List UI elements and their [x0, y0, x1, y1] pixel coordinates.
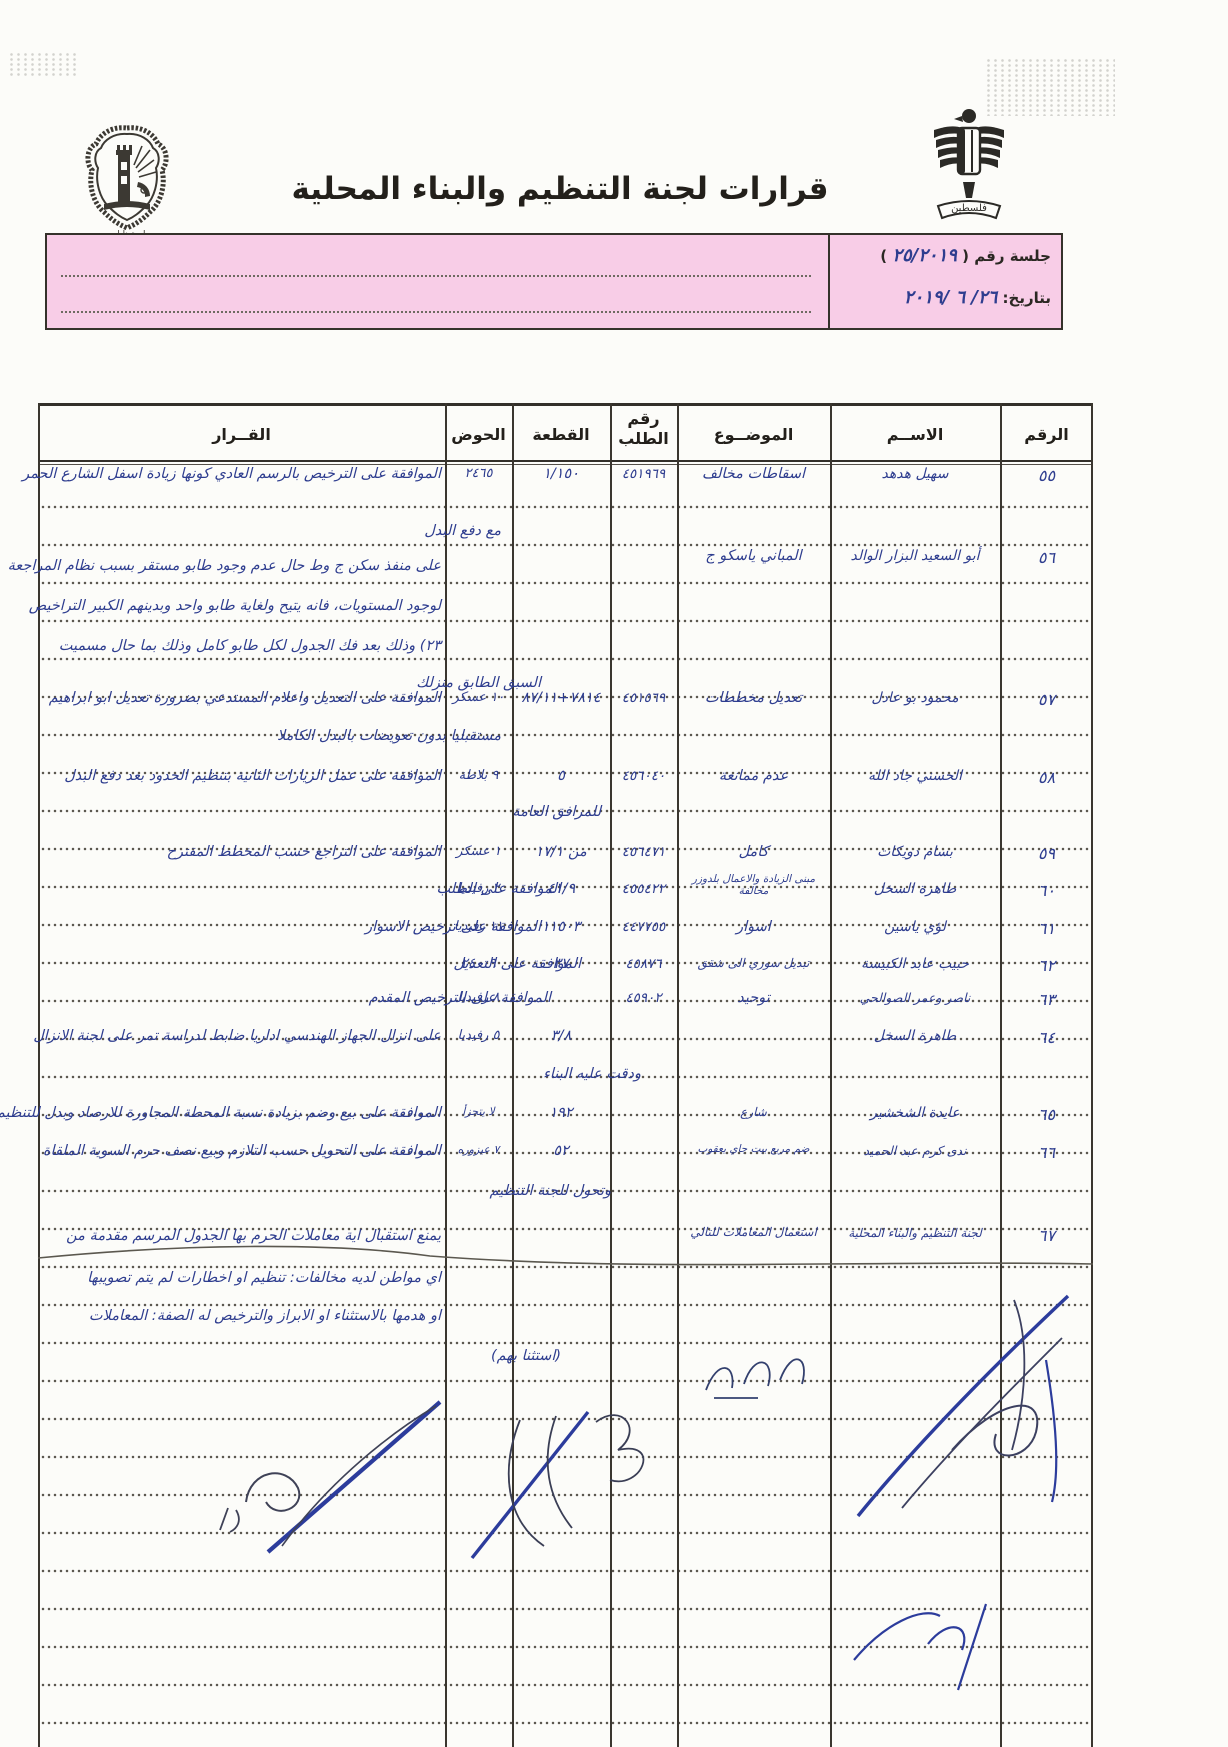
- row-decision-line: الموافقة على التحويل حسب التلازم وبيع نص…: [44, 1143, 441, 1160]
- scan-noise: [8, 52, 78, 78]
- row-request-no: ٤٥١٩٦٩: [612, 466, 675, 482]
- row-decision-line: ودقت عليه البناء: [44, 1066, 641, 1083]
- blank-dotted-line: [61, 311, 811, 313]
- row-basin: لا يتجزأ: [447, 1105, 510, 1118]
- row-number: ٥٨: [1002, 768, 1091, 787]
- municipality-logo: بلدية نابلس: [84, 124, 170, 240]
- row-name: طاهرة السخل: [832, 881, 998, 898]
- row-decision-line: الموافقة على الترخيص المقدم: [44, 990, 551, 1007]
- row-name: سهيل هدهد: [832, 466, 998, 483]
- session-number-value: ٢٥/٢٠١٩: [892, 245, 957, 266]
- hand-drawn-closing-line: [38, 1246, 1093, 1264]
- blank-dotted-line: [61, 275, 811, 277]
- header-separator: [38, 460, 1093, 462]
- header-separator-thin: [38, 464, 1093, 465]
- row-decision-line: وتحول للجنة التنظيم: [44, 1183, 611, 1200]
- session-number-line: جلسة رقم ( ٢٥/٢٠١٩ ): [880, 245, 1051, 266]
- municipality-logo-graphic: [84, 124, 170, 240]
- header-number: الرقم: [1002, 425, 1091, 445]
- header-name: الاســم: [832, 425, 998, 445]
- signature-left: [220, 1402, 440, 1552]
- header-subject: الموضــوع: [679, 425, 828, 445]
- row-decision-line: لوجود المستويات، فانه يتيح ولغاية طابو و…: [44, 598, 441, 615]
- row-name: الحسني جاد الله: [832, 768, 998, 785]
- row-number: ٥٥: [1002, 466, 1091, 485]
- session-number-label: جلسة رقم (: [962, 247, 1051, 265]
- header-basin: الحوض: [447, 425, 510, 445]
- row-decision-line: الموافقة على بيع وضم بزيادة نسبة المحطة …: [44, 1105, 441, 1122]
- row-request-no: ٤٥٦٠٤٠: [612, 768, 675, 784]
- row-number: ٦١: [1002, 919, 1091, 938]
- row-number: ٦٢: [1002, 956, 1091, 975]
- row-subject: عدم ممانعة: [679, 768, 828, 785]
- row-decision-line: الموافقة على التعديل واعلام المستدعي بضر…: [44, 690, 441, 707]
- row-decision-line: مع دفع البدل: [44, 523, 501, 540]
- session-date-value: ٢٦/ ٦ /٢٠١٩: [904, 287, 997, 308]
- signature-right: [858, 1296, 1068, 1516]
- header-plot: القطعة: [514, 425, 608, 445]
- row-basin: ١ عسكر: [447, 844, 510, 860]
- scanned-document-page: بلدية نابلس قرارات لجنة التنظيم والبناء …: [0, 0, 1228, 1747]
- row-name: لؤي ياسين: [832, 919, 998, 936]
- signatures-area: [0, 1240, 1228, 1747]
- row-basin: ٩ بلاطة: [447, 768, 510, 784]
- row-name: محمود بو عادل: [832, 690, 998, 707]
- row-plot: ٧٨١٤+٨٧/١١: [514, 690, 608, 707]
- row-subject: ضم مربع بيت جاي يعقوب: [679, 1143, 828, 1155]
- row-request-no: ٤٤٧٧٥٥: [612, 919, 675, 935]
- row-number: ٦٤: [1002, 1028, 1091, 1047]
- row-request-no: ٤٥١٥٦٩: [612, 690, 675, 706]
- row-decision-line: على انزال الجهاز الهندسي اداريا ضابط لدر…: [44, 1028, 441, 1045]
- row-subject: كامل: [679, 844, 828, 861]
- row-plot: ١٩٢: [514, 1105, 608, 1122]
- session-number-close: ): [880, 247, 887, 265]
- row-basin: ٥ رفيديا: [447, 1028, 510, 1044]
- row-number: ٥٧: [1002, 690, 1091, 709]
- row-request-no: ٤٥٩٠٢: [612, 990, 675, 1006]
- session-date-line: بتاريخ: ٢٦/ ٦ /٢٠١٩: [904, 287, 1051, 308]
- row-name: ندى كرم عبد الحميد: [832, 1143, 998, 1158]
- row-plot: ٥٢: [514, 1143, 608, 1160]
- row-decision-line: الموافقة على عمل الزيارات الثانية بتنظيم…: [44, 768, 441, 785]
- row-name: أبو السعيد البزار الوالد: [832, 548, 998, 565]
- row-subject: تبديل سوري الى شقق: [679, 956, 828, 970]
- row-basin: ٧ عيزوره: [447, 1143, 510, 1156]
- row-decision-line: مستقبليا بدون تعويضات بالبدل الكاملا: [44, 728, 501, 745]
- header-request-no: رقم الطلب: [612, 409, 675, 449]
- row-subject: تعديل مخططات: [679, 690, 828, 707]
- eagle-banner-text: فلسطين: [951, 203, 987, 214]
- row-basin: ١٠ عسكر: [447, 690, 510, 706]
- table-top-border: [38, 403, 1093, 406]
- row-decision-line: على منفذ سكن ج وط حال عدم وجود طابو مستق…: [44, 558, 441, 575]
- row-number: ٦٥: [1002, 1105, 1091, 1124]
- row-request-no: ٤٥٥٤٢٢: [612, 881, 675, 897]
- page-title: قرارات لجنة التنظيم والبناء المحلية: [280, 171, 840, 207]
- session-date-label: بتاريخ:: [1003, 289, 1051, 307]
- row-name: عايدة الشخشير: [832, 1105, 998, 1122]
- row-plot: ٥: [514, 768, 608, 785]
- row-subject: استعمال المعاملات للتالي: [679, 1226, 828, 1240]
- row-number: ٦٣: [1002, 990, 1091, 1009]
- palestine-eagle-graphic: فلسطين: [922, 104, 1016, 234]
- row-plot: ١/١٥٠: [514, 466, 608, 483]
- row-subject: شارع: [679, 1105, 828, 1119]
- signature-center: [472, 1412, 643, 1558]
- row-number: ٦٦: [1002, 1143, 1091, 1162]
- row-subject: اسوار: [679, 919, 828, 936]
- session-details: جلسة رقم ( ٢٥/٢٠١٩ ) بتاريخ: ٢٦/ ٦ /٢٠١٩: [830, 235, 1061, 328]
- row-basin: ٢٤٦٥: [447, 466, 510, 482]
- row-subject: توحيد: [679, 990, 828, 1007]
- row-name: حبيب عابد الكبيسة: [832, 956, 998, 973]
- signature-middle-right: [706, 1359, 804, 1398]
- row-number: ٥٦: [1002, 548, 1091, 567]
- palestine-eagle-emblem: فلسطين: [922, 104, 1016, 234]
- row-decision-line: الموافقة على التعديل: [44, 956, 581, 973]
- row-decision-line: ٢٣) وذلك بعد فك الجدول لكل طابو كامل وذل…: [44, 638, 441, 655]
- row-subject: اسقاطات مخالف: [679, 466, 828, 483]
- session-info-box: جلسة رقم ( ٢٥/٢٠١٩ ) بتاريخ: ٢٦/ ٦ /٢٠١٩: [45, 233, 1063, 330]
- signature-bottom-right: [854, 1604, 986, 1690]
- row-decision-line: الموافقة على الترخيص بالرسم العادي كونها…: [44, 466, 441, 483]
- row-decision-line: للمرافق العامة: [44, 804, 601, 821]
- row-subject: المباني ياسكو ج: [679, 548, 828, 565]
- row-name: لجنة التنظيم والبناء المحلية: [832, 1226, 998, 1240]
- row-name: طاهرة السخل: [832, 1028, 998, 1045]
- row-number: ٦٠: [1002, 881, 1091, 900]
- row-request-no: ٤٥٨٧٦: [612, 956, 675, 972]
- row-request-no: ٤٥٦٤٧١: [612, 844, 675, 860]
- row-decision-line: الموافقة على التراجع حسب المخطط المقترح: [44, 844, 441, 861]
- row-decision-line: الموافقة على الطلب: [44, 881, 561, 898]
- row-plot: ٣/٨: [514, 1028, 608, 1045]
- row-name: بسام دويكات: [832, 844, 998, 861]
- header-decision: القــرار: [44, 425, 439, 445]
- row-number: ٥٩: [1002, 844, 1091, 863]
- row-subject: مبنى الزيادة والاعمال بلدوزر مخالفة: [679, 873, 828, 897]
- row-decision-line: الموافقة على ترخيص الاسوار: [44, 919, 541, 936]
- row-name: ناصر وعمر الصوالحي: [832, 990, 998, 1005]
- row-plot: من ١٧/١: [514, 844, 608, 861]
